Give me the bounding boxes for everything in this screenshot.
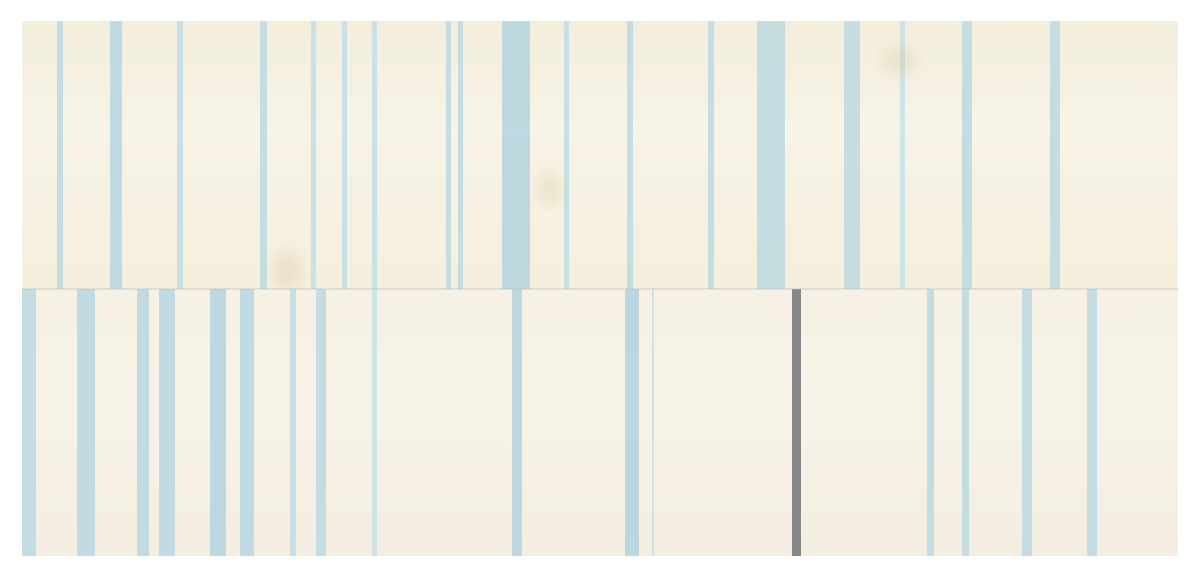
- rug-stripe: [372, 289, 377, 556]
- rug-stripe: [446, 21, 451, 289]
- rug-stripe: [627, 21, 633, 289]
- rug-stripe: [792, 289, 801, 556]
- rug-stripe: [1022, 289, 1032, 556]
- rug-stripe: [844, 21, 860, 289]
- rug-stripe: [512, 289, 522, 556]
- rug-stripe: [311, 21, 316, 289]
- rug-stripe: [1087, 289, 1097, 556]
- rug-stripe: [927, 289, 934, 556]
- rug-stripe: [77, 289, 95, 556]
- rug-stripe: [290, 289, 296, 556]
- rug-stripe: [177, 21, 183, 289]
- rug-stripe: [502, 21, 530, 289]
- rug-seam: [22, 288, 1178, 290]
- rug-stain: [537, 171, 562, 206]
- rug-stripe: [22, 289, 36, 556]
- rug-stripe: [708, 21, 714, 289]
- rug-stripe: [137, 289, 149, 556]
- rug-stripe: [458, 21, 463, 289]
- rug-stripe: [757, 21, 785, 289]
- rug-stripe: [210, 289, 226, 556]
- rug-stripe: [260, 21, 267, 289]
- rug-stripe: [962, 21, 972, 289]
- rug-stripe: [316, 289, 326, 556]
- rug-stripe: [240, 289, 254, 556]
- rug-stripe: [962, 289, 969, 556]
- rug-stripe: [625, 289, 639, 556]
- rug-bottom-panel: [22, 289, 1178, 556]
- rug-stain: [882, 46, 917, 76]
- rug-stripe: [57, 21, 63, 289]
- rug-stripe: [372, 21, 377, 289]
- rug-top-panel: [22, 21, 1178, 289]
- rug-stain: [272, 251, 302, 289]
- rug-stripe: [564, 21, 569, 289]
- rug-stripe: [159, 289, 175, 556]
- rug-stripe: [342, 21, 347, 289]
- rug-stripe: [652, 289, 654, 556]
- rug-stripe: [110, 21, 122, 289]
- rug-stripe: [1050, 21, 1060, 289]
